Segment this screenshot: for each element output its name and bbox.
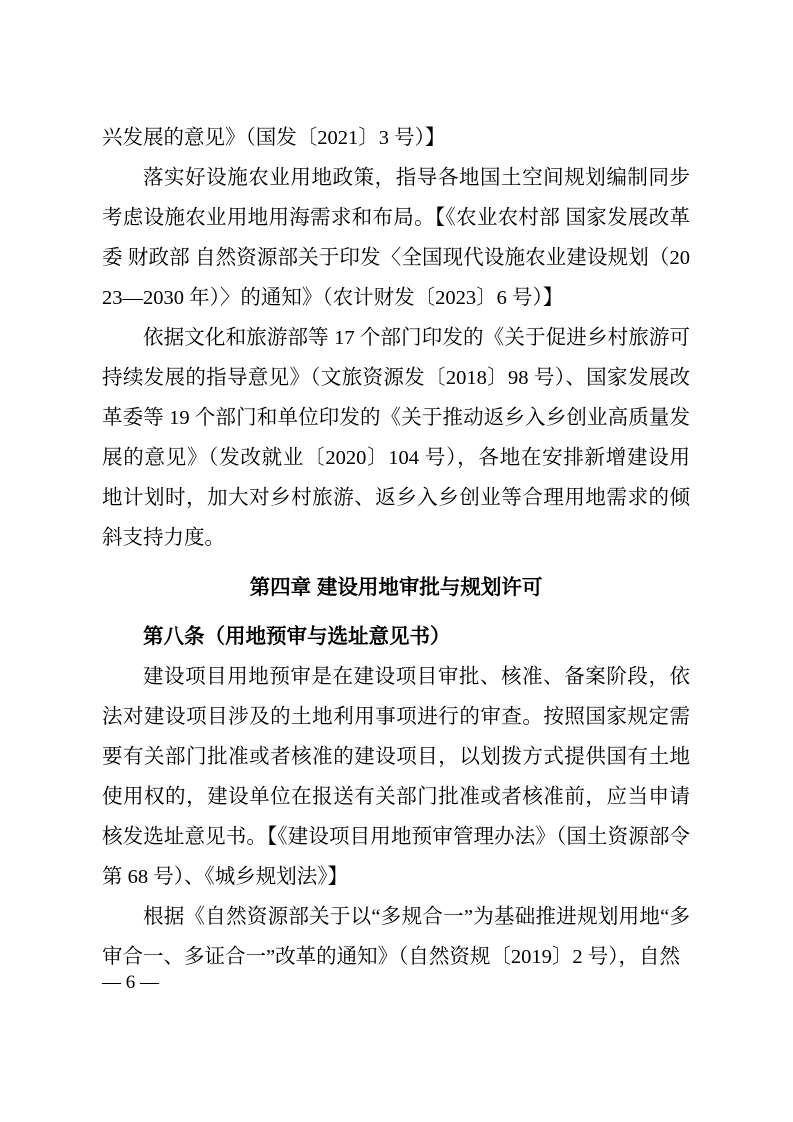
paragraph: 兴发展的意见》（国发〔2021〕3 号）】 [102,118,690,158]
document-body: 兴发展的意见》（国发〔2021〕3 号）】落实好设施农业用地政策，指导各地国土空… [102,118,690,977]
chapter-heading: 第四章 建设用地审批与规划许可 [102,568,690,608]
document-page: 兴发展的意见》（国发〔2021〕3 号）】落实好设施农业用地政策，指导各地国土空… [0,0,793,1122]
page-number: — 6 — [102,972,159,993]
paragraph: 建设项目用地预审是在建设项目审批、核准、备案阶段，依法对建设项目涉及的土地利用事… [102,657,690,897]
article-heading: 第八条（用地预审与选址意见书） [102,617,690,657]
paragraph: 落实好设施农业用地政策，指导各地国土空间规划编制同步考虑设施农业用地用海需求和布… [102,158,690,318]
paragraph: 依据文化和旅游部等 17 个部门印发的《关于促进乡村旅游可持续发展的指导意见》（… [102,318,690,558]
paragraph: 根据《自然资源部关于以“多规合一”为基础推进规划用地“多审合一、多证合一”改革的… [102,897,690,977]
page-footer: — 6 — [102,971,159,995]
